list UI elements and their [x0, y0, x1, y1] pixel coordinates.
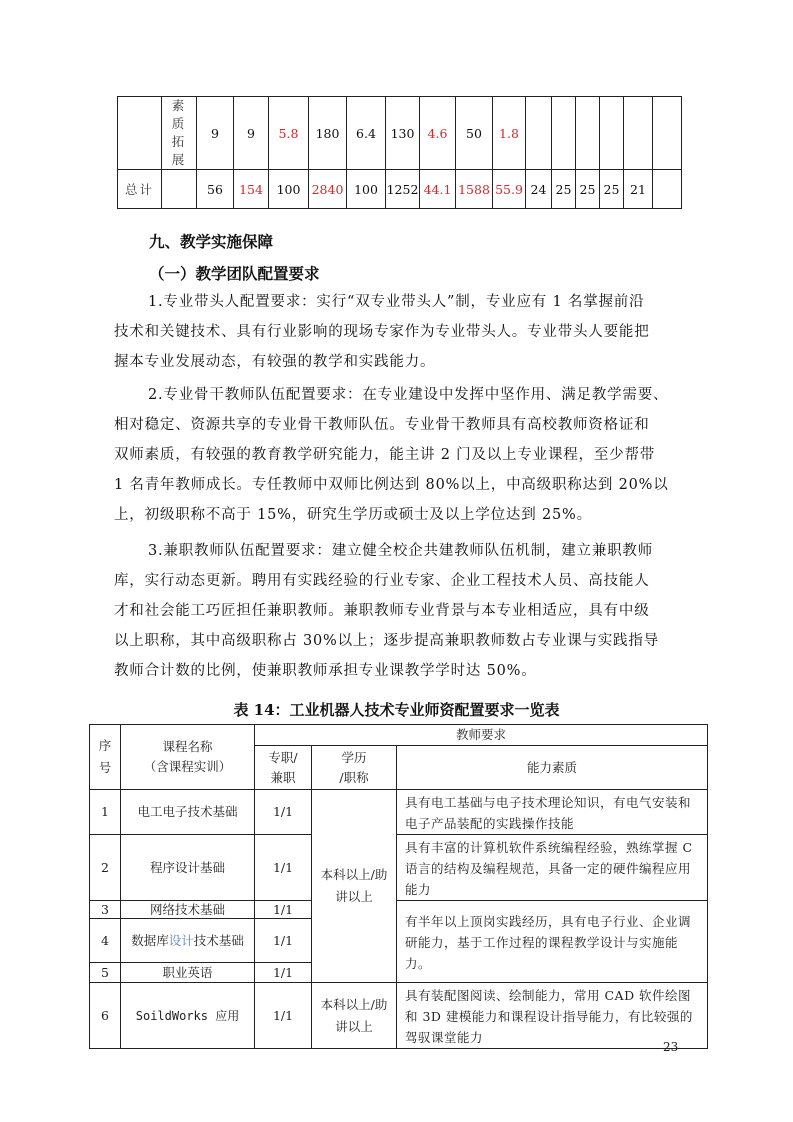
table-header-row: 序号 课程名称 （含课程实训） 教师要求: [90, 725, 708, 746]
ability-cell: 具有电工基础与电子技术理论知识，有电气安装和电子产品装配的实践操作技能: [397, 790, 708, 835]
table-row: 6 SoildWorks 应用 1/1 本科以上/助讲以上 具有装配图阅读、绘制…: [90, 983, 708, 1049]
value-cell: [600, 97, 624, 170]
text-line: 技术和关键技术、具有行业影响的现场专家作为专业带头人。专业带头人要能把: [114, 317, 704, 347]
value-cell: 154: [234, 170, 269, 209]
value-cell: 21: [624, 170, 653, 209]
paragraph-core-teachers: 2.专业骨干教师队伍配置要求：在专业建设中发挥中坚作用、满足教学需要、 相对稳定…: [114, 380, 704, 530]
header-course-line2: （含课程实训）: [121, 757, 254, 777]
value-cell: [624, 97, 653, 170]
text-line: 上，初级职称不高于 15%，研究生学历或硕士及以上学位达到 25%。: [114, 500, 704, 530]
text-line: 1 名青年教师成长。专任教师中双师比例达到 80%以上，中高级职称达到 20%以: [114, 470, 704, 500]
seq-cell: 4: [90, 919, 121, 963]
value-cell: 100: [269, 170, 309, 209]
header-course: 课程名称 （含课程实训）: [121, 725, 255, 790]
ability-cell: 有半年以上顶岗实践经历，具有电子行业、企业调研能力，基于工作过程的课程教学设计与…: [397, 901, 708, 983]
value-cell: 1.8: [493, 97, 526, 170]
seq-cell: 2: [90, 835, 121, 901]
seq-cell: 6: [90, 983, 121, 1049]
value-cell: [653, 97, 682, 170]
value-cell: 100: [347, 170, 386, 209]
table-row: 总计 56 154 100 2840 100 1252 44.1 1588 55…: [118, 170, 682, 209]
course-text-highlighted: 设计: [169, 933, 194, 948]
value-cell: 180: [309, 97, 347, 170]
value-cell: 25: [552, 170, 576, 209]
header-ability: 能力素质: [397, 746, 708, 790]
value-cell: [552, 97, 576, 170]
header-seq-label: 序号: [98, 735, 112, 779]
table-row: 1 电工电子技术基础 1/1 本科以上/助讲以上 具有电工基础与电子技术理论知识…: [90, 790, 708, 835]
course-cell: 职业英语: [121, 963, 255, 983]
header-course-line1: 课程名称: [121, 737, 254, 757]
header-teacher-requirements: 教师要求: [255, 725, 708, 746]
header-seq: 序号: [90, 725, 121, 790]
text-line: 1.专业带头人配置要求：实行“双专业带头人”制，专业应有 1 名掌握前沿: [114, 287, 704, 317]
ratio-cell: 1/1: [255, 790, 312, 835]
text-line: 相对稳定、资源共享的专业骨干教师队伍。专业骨干教师具有高校教师资格证和: [114, 410, 704, 440]
value-cell: 9: [197, 97, 234, 170]
value-cell: [526, 97, 552, 170]
row-label-cell: 素质拓展: [162, 97, 197, 170]
value-cell: 1588: [456, 170, 493, 209]
value-cell: 25: [600, 170, 624, 209]
header-degree: 学历 /职称: [312, 746, 397, 790]
value-cell: 25: [576, 170, 600, 209]
total-label-cell: 总计: [118, 170, 162, 209]
row-label-cell: [162, 170, 197, 209]
degree-text: 本科以上/助讲以上: [321, 997, 388, 1034]
course-cell: 程序设计基础: [121, 835, 255, 901]
credit-hours-summary-table: 素质拓展 9 9 5.8 180 6.4 130 4.6 50 1.8 总计 5…: [117, 96, 682, 209]
ratio-cell: 1/1: [255, 963, 312, 983]
value-cell: 50: [456, 97, 493, 170]
course-cell: 电工电子技术基础: [121, 790, 255, 835]
value-cell: 56: [197, 170, 234, 209]
text-line: 才和社会能工巧匠担任兼职教师。兼职教师专业背景与本专业相适应，具有中级: [114, 596, 704, 626]
text-line: 库，实行动态更新。聘用有实践经验的行业专家、企业工程技术人员、高技能人: [114, 566, 704, 596]
value-cell: [653, 170, 682, 209]
header-degree-line2: /职称: [312, 768, 396, 788]
table-row: 3 网络技术基础 1/1 有半年以上顶岗实践经历，具有电子行业、企业调研能力，基…: [90, 901, 708, 919]
text-line: 以上职称，其中高级职称占 30%以上；逐步提高兼职教师数占专业课与实践指导: [114, 626, 704, 656]
value-cell: 44.1: [420, 170, 456, 209]
value-cell: 6.4: [347, 97, 386, 170]
course-cell: SoildWorks 应用: [121, 983, 255, 1049]
degree-cell: 本科以上/助讲以上: [312, 983, 397, 1049]
value-cell: 130: [386, 97, 420, 170]
page-number: 23: [663, 1040, 678, 1054]
header-degree-line1: 学历: [312, 748, 396, 768]
value-cell: 55.9: [493, 170, 526, 209]
text-line: 双师素质，有较强的教育教学研究能力，能主讲 2 门及以上专业课程，至少帮带: [114, 440, 704, 470]
header-fulltime-line2: 兼职: [255, 768, 311, 788]
seq-cell: 1: [90, 790, 121, 835]
ratio-cell: 1/1: [255, 835, 312, 901]
value-cell: 2840: [309, 170, 347, 209]
seq-cell: 3: [90, 901, 121, 919]
seq-cell: 5: [90, 963, 121, 983]
text-line: 2.专业骨干教师队伍配置要求：在专业建设中发挥中坚作用、满足教学需要、: [114, 380, 704, 410]
value-cell: [576, 97, 600, 170]
section-heading: 九、教学实施保障: [149, 230, 273, 252]
text-line: 教师合计数的比例，使兼职教师承担专业课教学学时达 50%。: [114, 656, 704, 686]
text-line: 3.兼职教师队伍配置要求：建立健全校企共建教师队伍机制，建立兼职教师: [114, 536, 704, 566]
course-cell: 数据库设计技术基础: [121, 919, 255, 963]
value-cell: 1252: [386, 170, 420, 209]
course-text: 技术基础: [194, 933, 244, 948]
ratio-cell: 1/1: [255, 983, 312, 1049]
paragraph-lead-teacher: 1.专业带头人配置要求：实行“双专业带头人”制，专业应有 1 名掌握前沿 技术和…: [114, 287, 704, 377]
staff-configuration-table: 序号 课程名称 （含课程实训） 教师要求 专职/ 兼职 学历 /职称 能力素质 …: [89, 724, 708, 1049]
value-cell: 9: [234, 97, 269, 170]
ability-cell: 具有装配图阅读、绘制能力，常用 CAD 软件绘图和 3D 建模能力和课程设计指导…: [397, 983, 708, 1049]
text-line: 握本专业发展动态，有较强的教学和实践能力。: [114, 347, 704, 377]
value-cell: 4.6: [420, 97, 456, 170]
ratio-cell: 1/1: [255, 919, 312, 963]
course-text: 数据库: [131, 933, 169, 948]
table-row: 2 程序设计基础 1/1 具有丰富的计算机软件系统编程经验，熟练掌握 C 语言的…: [90, 835, 708, 901]
subsection-heading: （一）教学团队配置要求: [149, 262, 320, 284]
header-fulltime-line1: 专职/: [255, 748, 311, 768]
ratio-cell: 1/1: [255, 901, 312, 919]
header-fulltime: 专职/ 兼职: [255, 746, 312, 790]
ability-cell: 具有丰富的计算机软件系统编程经验，熟练掌握 C 语言的结构及编程规范，具备一定的…: [397, 835, 708, 901]
category-cell: [118, 97, 162, 170]
course-cell: 网络技术基础: [121, 901, 255, 919]
table-row: 素质拓展 9 9 5.8 180 6.4 130 4.6 50 1.8: [118, 97, 682, 170]
table-caption: 表 14：工业机器人技术专业师资配置要求一览表: [0, 699, 793, 720]
degree-text: 本科以上/助讲以上: [321, 867, 388, 904]
paragraph-parttime-teachers: 3.兼职教师队伍配置要求：建立健全校企共建教师队伍机制，建立兼职教师 库，实行动…: [114, 536, 704, 686]
value-cell: 5.8: [269, 97, 309, 170]
degree-cell: 本科以上/助讲以上: [312, 790, 397, 983]
value-cell: 24: [526, 170, 552, 209]
